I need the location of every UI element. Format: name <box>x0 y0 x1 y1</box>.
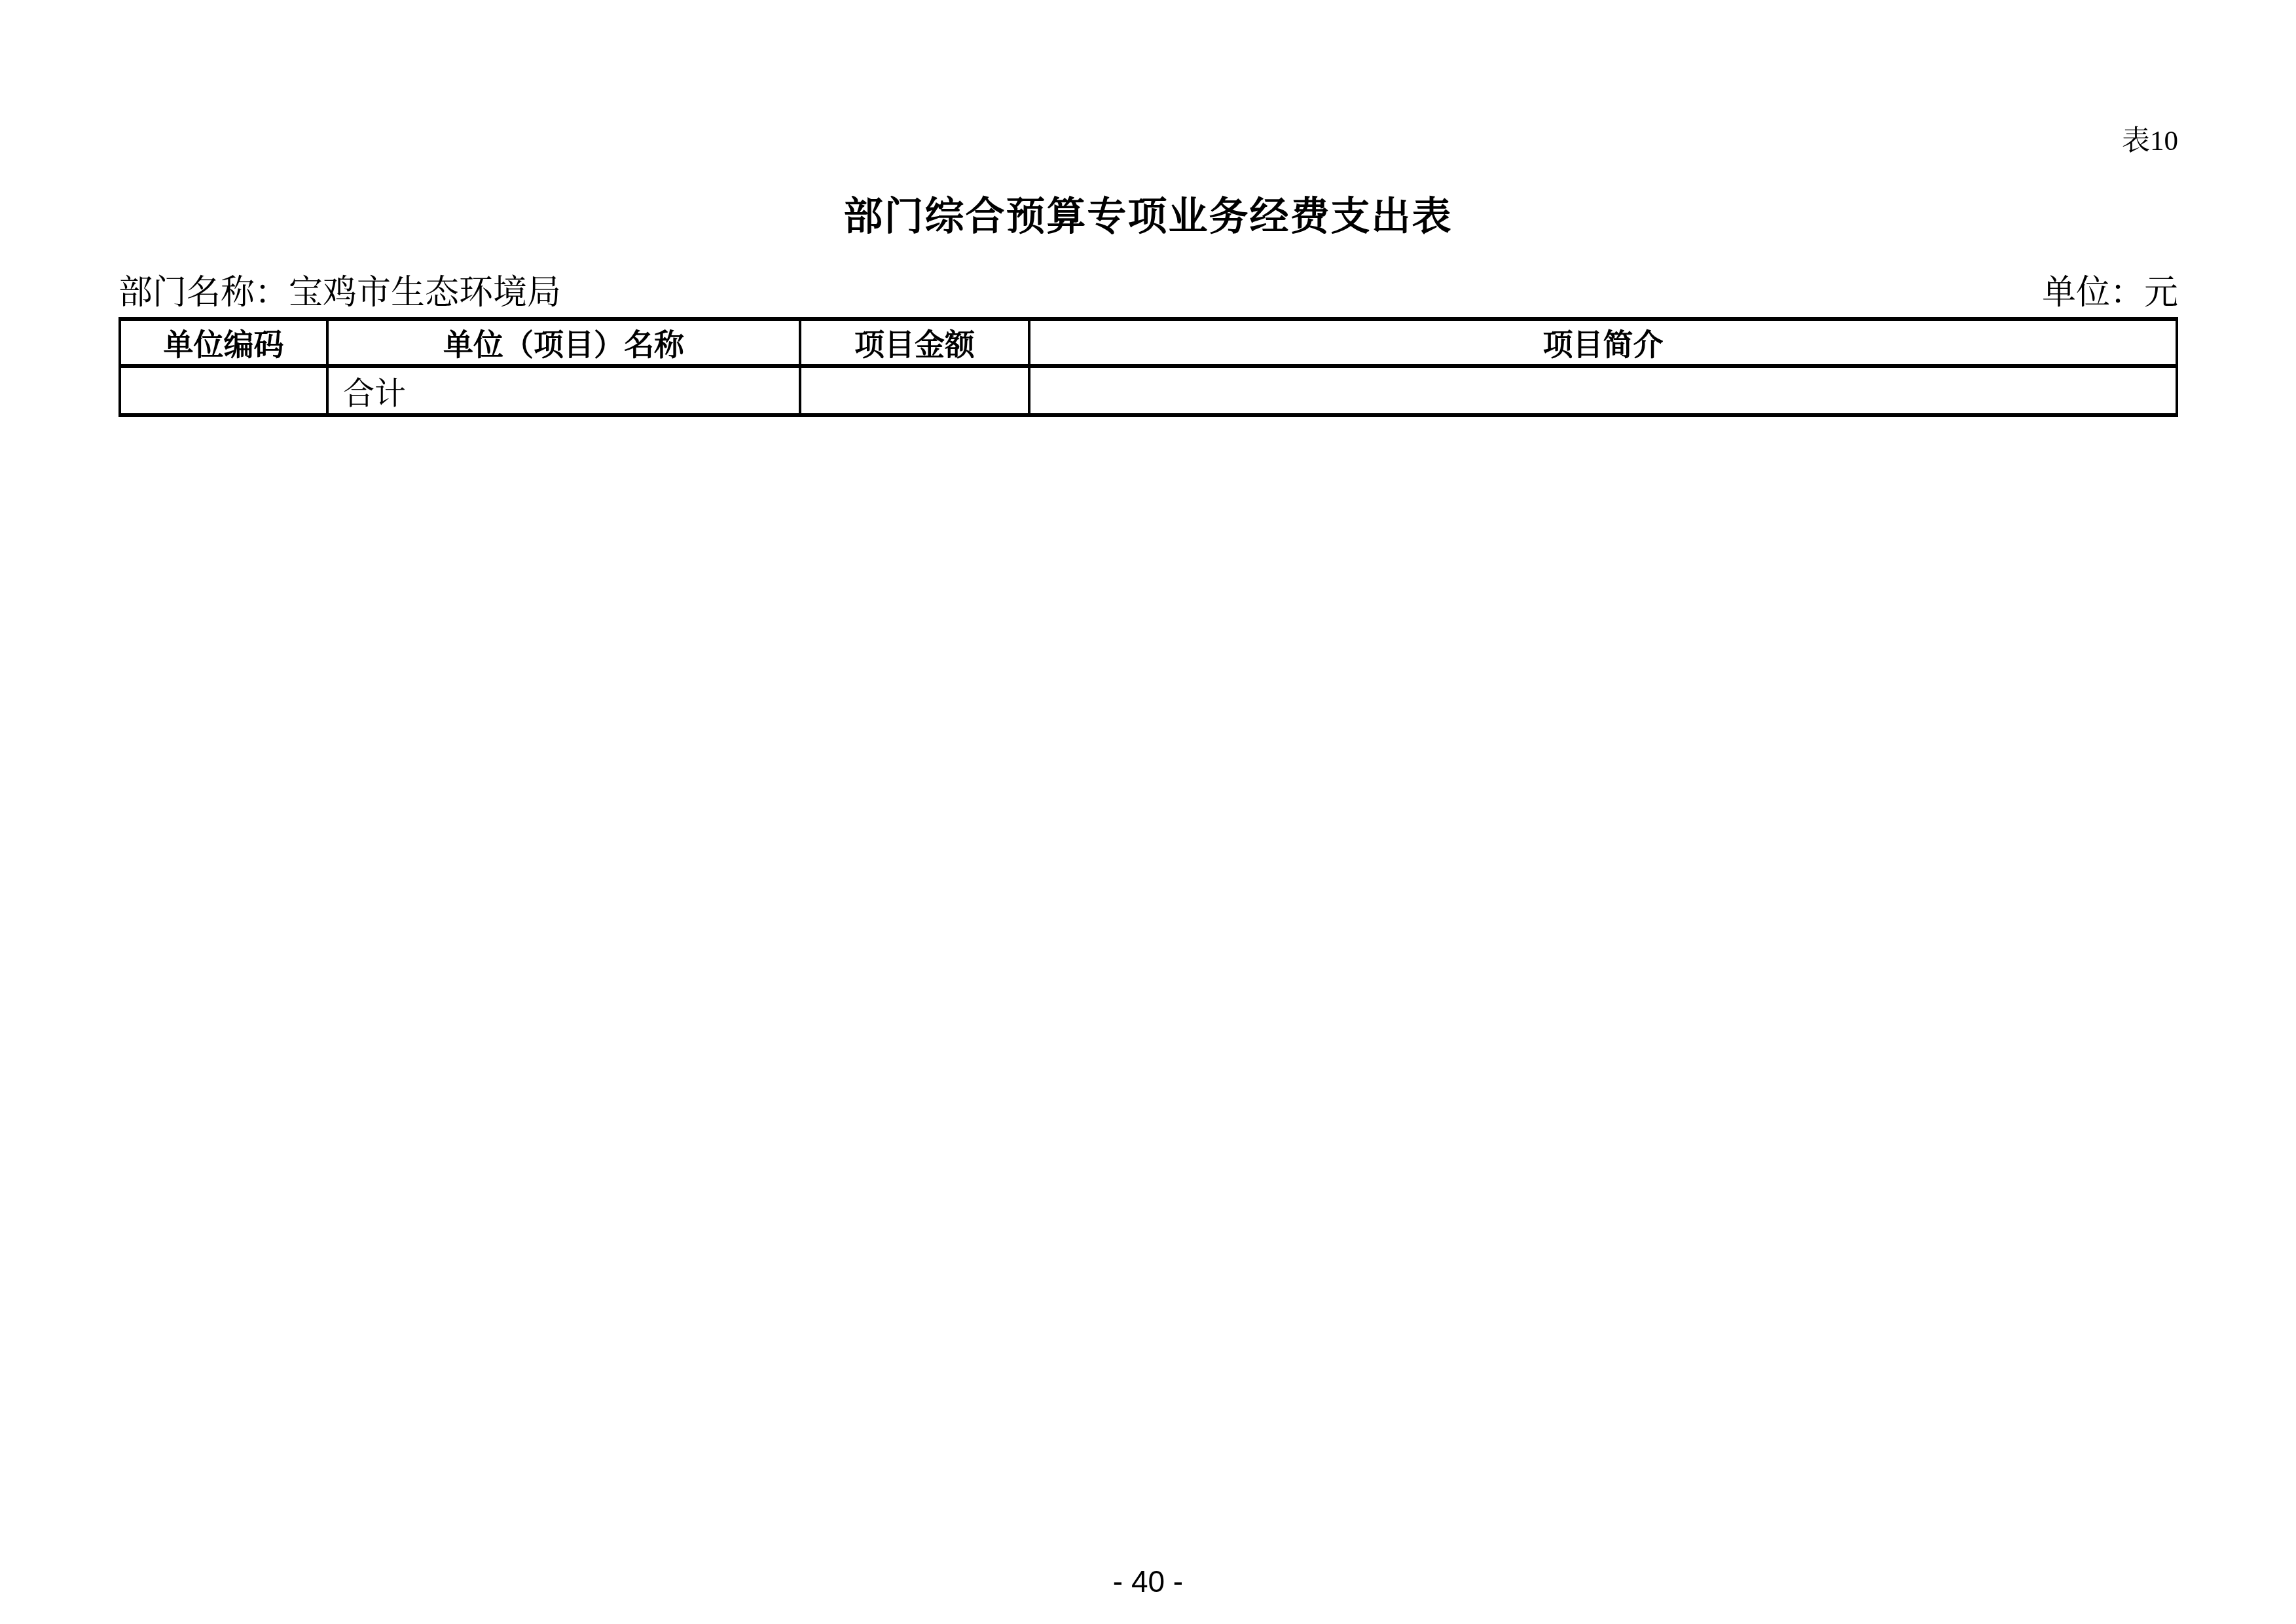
cell-unit-code <box>120 366 327 415</box>
department-name: 部门名称：宝鸡市生态环境局 <box>118 274 561 313</box>
document-page: { "page": { "sheet_label": "表10", "title… <box>0 0 2296 1624</box>
cell-project-amount <box>800 366 1029 415</box>
sheet-label: 表10 <box>2122 126 2178 157</box>
page-title: 部门综合预算专项业务经费支出表 <box>0 195 2296 238</box>
col-header-unit-project-name: 单位（项目）名称 <box>327 319 800 366</box>
col-header-project-amount: 项目金额 <box>800 319 1029 366</box>
header-row: 单位编码 单位（项目）名称 项目金额 项目简介 <box>120 319 2177 366</box>
col-header-project-intro: 项目简介 <box>1029 319 2177 366</box>
cell-unit-project-name: 合计 <box>327 366 800 415</box>
budget-table: 单位编码 单位（项目）名称 项目金额 项目简介 合计 <box>118 317 2178 417</box>
table-row: 合计 <box>120 366 2177 415</box>
budget-table-header: 单位编码 单位（项目）名称 项目金额 项目简介 <box>120 319 2177 366</box>
table-meta-row: 部门名称：宝鸡市生态环境局 单位：元 <box>118 274 2178 313</box>
cell-project-intro <box>1029 366 2177 415</box>
budget-table-body: 合计 <box>120 366 2177 415</box>
col-header-unit-code: 单位编码 <box>120 319 327 366</box>
page-number: - 40 - <box>0 1565 2296 1598</box>
unit-label: 单位：元 <box>2042 274 2178 313</box>
